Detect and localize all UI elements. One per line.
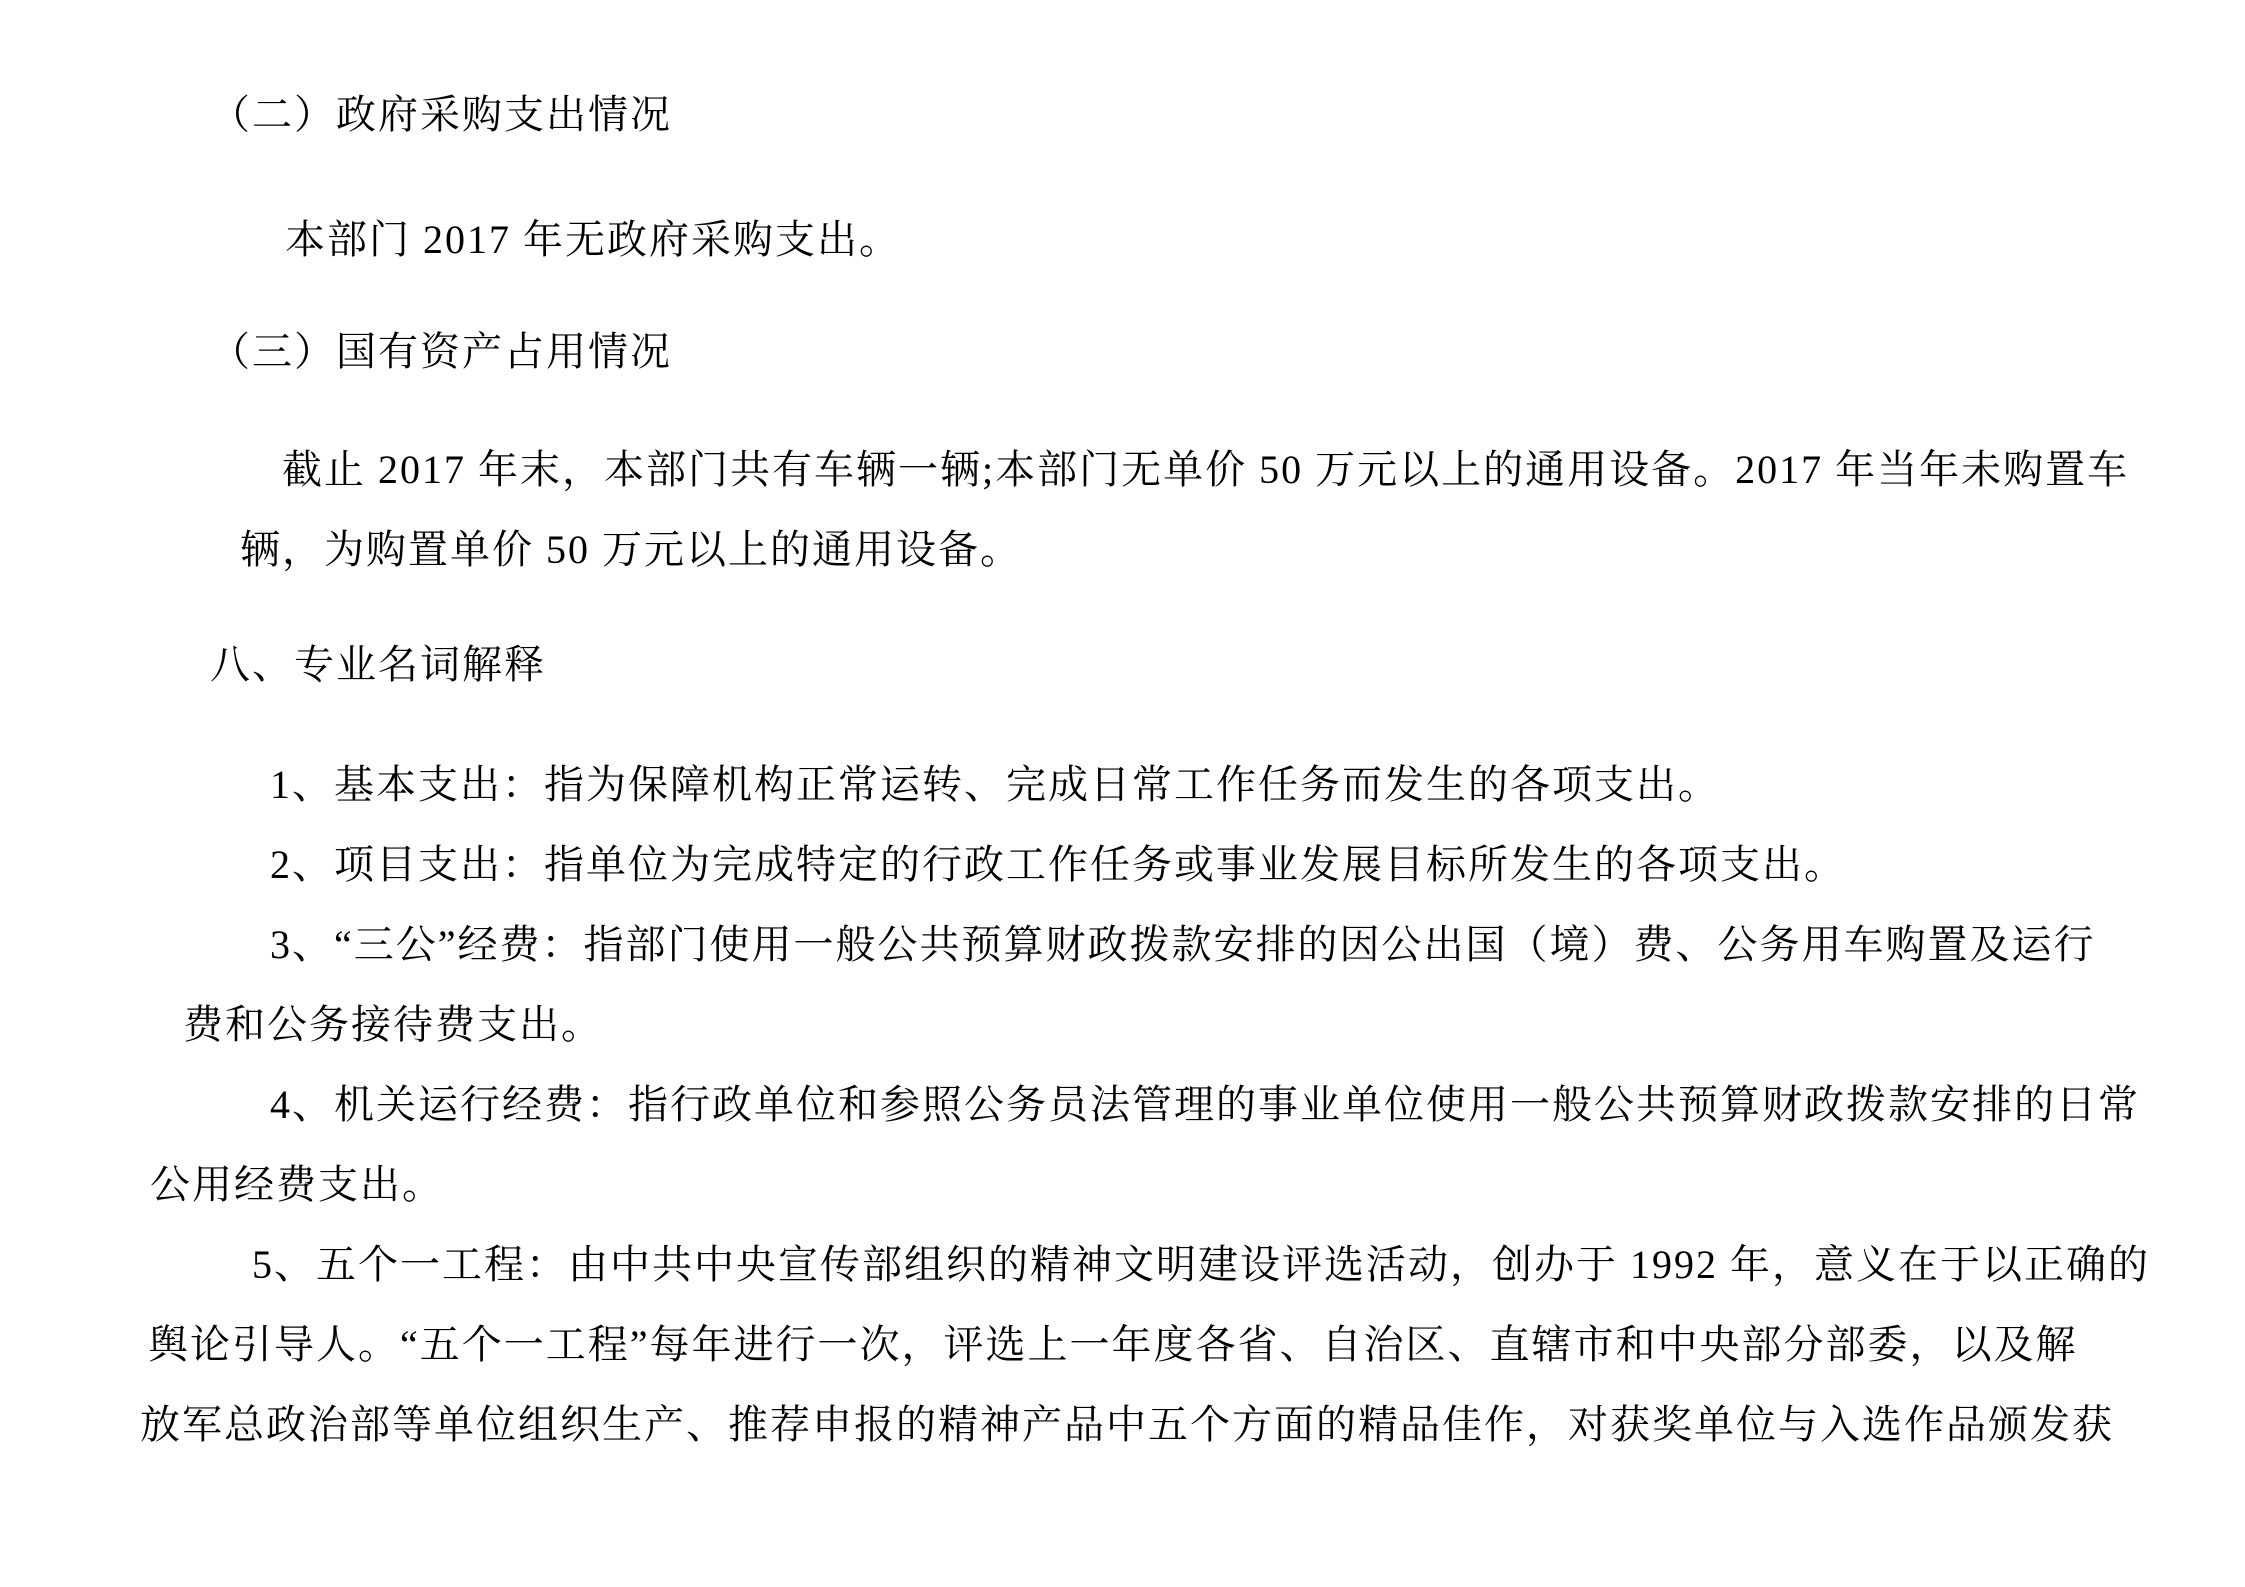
list-item-line: 3、“三公”经费：指部门使用一般公共预算财政拨款安排的因公出国（境）费、公务用车… (0, 905, 2095, 985)
section-heading: 八、专业名词解释 (0, 625, 2095, 705)
paragraph-line: 本部门 2017 年无政府采购支出。 (0, 200, 2095, 280)
list-item-line: 费和公务接待费支出。 (0, 985, 2095, 1065)
section-heading: （二）政府采购支出情况 (0, 75, 2095, 155)
list-item-line: 舆论引导人。“五个一工程”每年进行一次，评选上一年度各省、自治区、直辖市和中央部… (0, 1305, 2095, 1385)
paragraph-line: 辆，为购置单价 50 万元以上的通用设备。 (0, 510, 2095, 590)
document-page: （二）政府采购支出情况本部门 2017 年无政府采购支出。（三）国有资产占用情况… (0, 0, 2245, 1587)
section-heading: （三）国有资产占用情况 (0, 312, 2095, 392)
paragraph-line: 截止 2017 年末，本部门共有车辆一辆;本部门无单价 50 万元以上的通用设备… (0, 430, 2095, 510)
list-item-line: 5、五个一工程：由中共中央宣传部组织的精神文明建设评选活动，创办于 1992 年… (0, 1225, 2095, 1305)
list-item-line: 公用经费支出。 (0, 1145, 2095, 1225)
list-item-line: 1、基本支出：指为保障机构正常运转、完成日常工作任务而发生的各项支出。 (0, 745, 2095, 825)
document-body: （二）政府采购支出情况本部门 2017 年无政府采购支出。（三）国有资产占用情况… (0, 75, 2095, 1465)
list-item-line: 2、项目支出：指单位为完成特定的行政工作任务或事业发展目标所发生的各项支出。 (0, 825, 2095, 905)
list-item-line: 4、机关运行经费：指行政单位和参照公务员法管理的事业单位使用一般公共预算财政拨款… (0, 1065, 2095, 1145)
list-item-line: 放军总政治部等单位组织生产、推荐申报的精神产品中五个方面的精品佳作，对获奖单位与… (0, 1385, 2095, 1465)
